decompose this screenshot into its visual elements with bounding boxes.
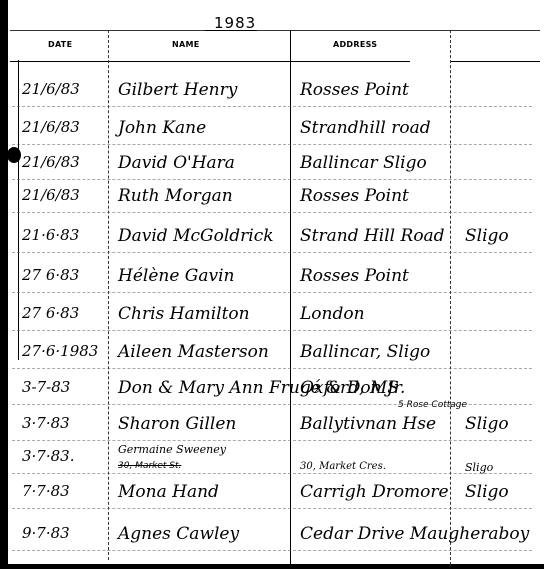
entry-date: 21/6/83: [22, 186, 80, 204]
entry-rule: [12, 550, 532, 551]
register-entry: 21/6/83David O'HaraBallincar Sligo: [0, 153, 544, 189]
register-entry: 7·7·83Mona HandCarrigh DromoreSligo: [0, 482, 544, 518]
entry-address: 30, Market Cres.: [300, 461, 386, 472]
entry-date: 9·7·83: [22, 524, 70, 542]
entry-name: Agnes Cawley: [118, 524, 239, 544]
header-bottom-rule-right: [450, 61, 540, 62]
entry-date: 21·6·83: [22, 226, 79, 244]
register-page: 1983 DATE NAME ADDRESS 21/6/83Gilbert He…: [0, 0, 544, 569]
entry-date: 21/6/83: [22, 80, 80, 98]
entry-rule: [12, 106, 532, 107]
entry-name: Mona Hand: [118, 482, 219, 502]
entry-name-struck: 30, Market St.: [118, 461, 181, 471]
entry-name: Sharon Gillen: [118, 414, 236, 434]
entry-date: 27·6·1983: [22, 342, 98, 360]
entry-name: Aileen Masterson: [118, 342, 269, 362]
entry-date: 21/6/83: [22, 153, 80, 171]
entry-address: Cedar Drive Maugheraboy: [300, 524, 529, 544]
entry-date: 27 6·83: [22, 304, 79, 322]
register-entry: 3·7·83Sharon GillenBallytivnan HseSligo: [0, 414, 544, 450]
column-header-name: NAME: [172, 40, 200, 49]
entry-address: Ballincar, Sligo: [300, 342, 430, 362]
entry-extra: Sligo: [465, 414, 509, 434]
entry-address: Carrigh Dromore: [300, 482, 449, 502]
entry-date: 3-7-83: [22, 378, 70, 396]
entry-rule: [12, 440, 532, 441]
entry-address: Rosses Point: [300, 80, 409, 100]
entry-rule: [12, 292, 532, 293]
entry-date: 7·7·83: [22, 482, 70, 500]
register-entry: 21/6/83Ruth MorganRosses Point: [0, 186, 544, 222]
entry-address: Strandhill road: [300, 118, 431, 138]
entry-rule: [12, 330, 532, 331]
entry-name: Gilbert Henry: [118, 80, 237, 100]
entry-rule: [12, 508, 532, 509]
entry-address: London: [300, 304, 365, 324]
entry-name: John Kane: [118, 118, 206, 138]
register-entry: 21·6·83David McGoldrickStrand Hill RoadS…: [0, 226, 544, 262]
entry-extra: Sligo: [465, 226, 509, 246]
entry-rule: [12, 404, 532, 405]
entry-name: David McGoldrick: [118, 226, 274, 246]
register-entry: 3·7·83.Germaine Sweeney30, Market Cres.S…: [0, 447, 544, 483]
register-entry: 21/6/83Gilbert HenryRosses Point: [0, 80, 544, 116]
entry-address: Strand Hill Road: [300, 226, 445, 246]
column-header-address: ADDRESS: [333, 40, 377, 49]
entry-date: 27 6·83: [22, 266, 79, 284]
entry-rule: [12, 252, 532, 253]
register-entry: 3-7-83Don & Mary Ann Frugé & Don Jr.Oxfo…: [0, 378, 544, 414]
entry-address: Rosses Point: [300, 186, 409, 206]
entry-rule: [12, 473, 532, 474]
column-header-date: DATE: [48, 40, 72, 49]
register-entry: 9·7·83Agnes CawleyCedar Drive Maugherabo…: [0, 524, 544, 560]
header-bottom-rule: [10, 61, 410, 62]
entry-address: Oxford, MS: [300, 378, 399, 398]
entry-date: 3·7·83.: [22, 447, 74, 465]
entry-name: Germaine Sweeney: [118, 443, 226, 456]
entry-date: 3·7·83: [22, 414, 70, 432]
entry-note: 5 Rose Cottage: [398, 400, 467, 410]
register-entry: 27 6·83Chris HamiltonLondon: [0, 304, 544, 340]
entry-name: Hélène Gavin: [118, 266, 235, 286]
entry-date: 21/6/83: [22, 118, 80, 136]
entry-address: Ballincar Sligo: [300, 153, 427, 173]
entry-address: Ballytivnan Hse: [300, 414, 436, 434]
entry-name: David O'Hara: [118, 153, 235, 173]
header-top-rule: [10, 30, 540, 31]
entry-rule: [12, 179, 532, 180]
register-entry: 27 6·83Hélène GavinRosses Point: [0, 266, 544, 302]
entry-rule: [12, 368, 532, 369]
entry-name: Ruth Morgan: [118, 186, 233, 206]
register-entry: 21/6/83John KaneStrandhill road: [0, 118, 544, 154]
entry-name: Chris Hamilton: [118, 304, 250, 324]
register-entry: 27·6·1983Aileen MastersonBallincar, Slig…: [0, 342, 544, 378]
scan-edge-bottom: [0, 564, 544, 569]
entry-extra: Sligo: [465, 482, 509, 502]
entry-rule: [12, 212, 532, 213]
entry-rule: [12, 144, 532, 145]
entry-address: Rosses Point: [300, 266, 409, 286]
